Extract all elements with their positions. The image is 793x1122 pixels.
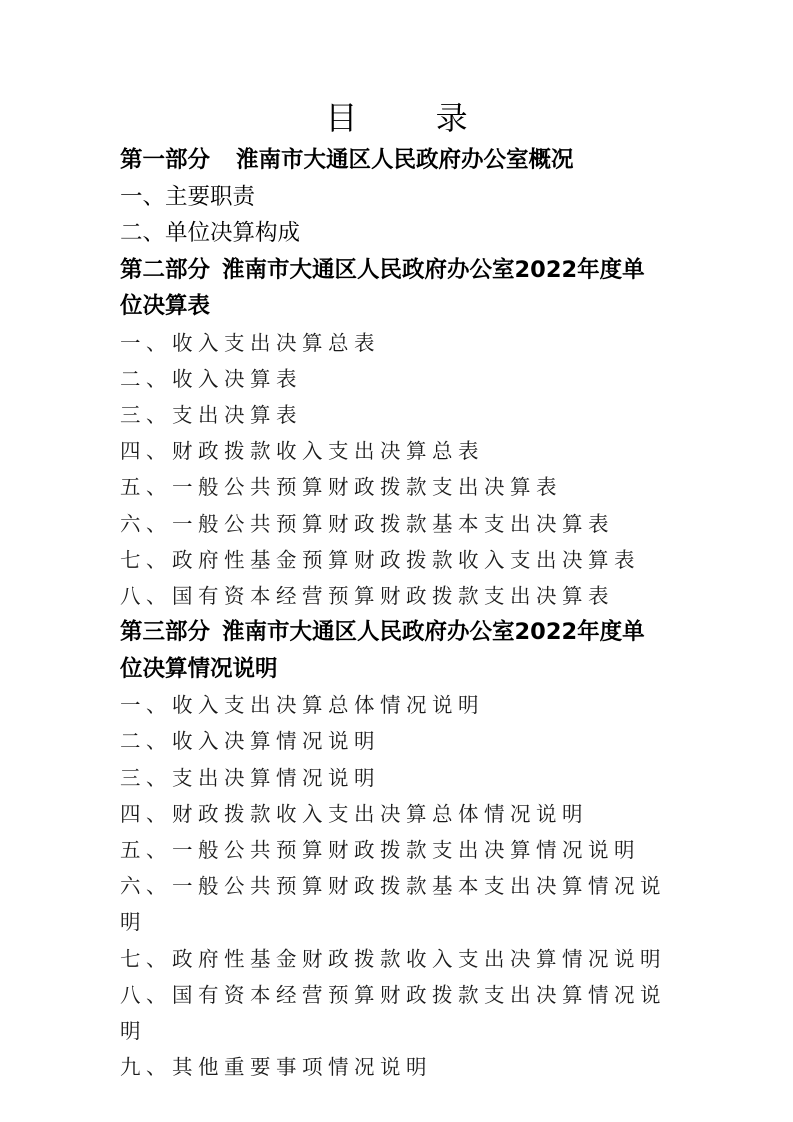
document-page: 目 录 第一部分淮南市大通区人民政府办公室概况 一、主要职责 二、单位决算构成 …	[0, 0, 793, 1122]
part-three-title-line-1: 淮南市大通区人民政府办公室2022年度单	[222, 619, 645, 645]
toc-item: 四、财政拨款收入支出决算总体情况说明	[120, 796, 690, 832]
toc-item: 一、收入支出决算总体情况说明	[120, 687, 690, 723]
toc-item: 八、国有资本经营预算财政拨款支出决算表	[120, 578, 690, 614]
part-one-heading: 第一部分淮南市大通区人民政府办公室概况	[120, 142, 690, 179]
toc-item: 七、政府性基金预算财政拨款收入支出决算表	[120, 542, 690, 578]
toc-item: 六、一般公共预算财政拨款基本支出决算情况说明	[120, 868, 690, 940]
toc-item: 二、收入决算情况说明	[120, 723, 690, 759]
part-two-title-line-1: 淮南市大通区人民政府办公室2022年度单	[222, 257, 645, 283]
toc-item: 一、收入支出决算总表	[120, 325, 690, 361]
part-three-section: 第三部分淮南市大通区人民政府办公室2022年度单 位决算情况说明 一、收入支出决…	[120, 614, 690, 1085]
toc-item: 三、支出决算表	[120, 397, 690, 433]
part-one-label: 第一部分	[120, 147, 210, 173]
toc-item: 九、其他重要事项情况说明	[120, 1049, 690, 1085]
part-two-section: 第二部分淮南市大通区人民政府办公室2022年度单 位决算表 一、收入支出决算总表…	[120, 252, 690, 615]
part-two-label: 第二部分	[120, 257, 210, 283]
part-two-title-line-2: 位决算表	[120, 288, 690, 325]
part-three-label: 第三部分	[120, 619, 210, 645]
part-three-title-line-2: 位决算情况说明	[120, 651, 690, 688]
part-three-heading: 第三部分淮南市大通区人民政府办公室2022年度单	[120, 614, 690, 651]
part-one-title: 淮南市大通区人民政府办公室概况	[236, 147, 574, 173]
toc-item: 八、国有资本经营预算财政拨款支出决算情况说明	[120, 977, 690, 1049]
toc-item: 五、一般公共预算财政拨款支出决算表	[120, 469, 690, 505]
toc-item: 七、政府性基金财政拨款收入支出决算情况说明	[120, 941, 690, 977]
toc-item: 二、收入决算表	[120, 361, 690, 397]
part-two-heading: 第二部分淮南市大通区人民政府办公室2022年度单	[120, 252, 690, 289]
toc-item: 五、一般公共预算财政拨款支出决算情况说明	[120, 832, 690, 868]
toc-item: 一、主要职责	[120, 179, 690, 216]
page-title: 目 录	[0, 98, 793, 138]
toc-item: 六、一般公共预算财政拨款基本支出决算表	[120, 506, 690, 542]
toc-item: 四、财政拨款收入支出决算总表	[120, 433, 690, 469]
toc-item: 二、单位决算构成	[120, 215, 690, 252]
part-one-section: 第一部分淮南市大通区人民政府办公室概况 一、主要职责 二、单位决算构成	[120, 142, 690, 252]
toc-item: 三、支出决算情况说明	[120, 760, 690, 796]
table-of-contents: 第一部分淮南市大通区人民政府办公室概况 一、主要职责 二、单位决算构成 第二部分…	[120, 142, 690, 1085]
